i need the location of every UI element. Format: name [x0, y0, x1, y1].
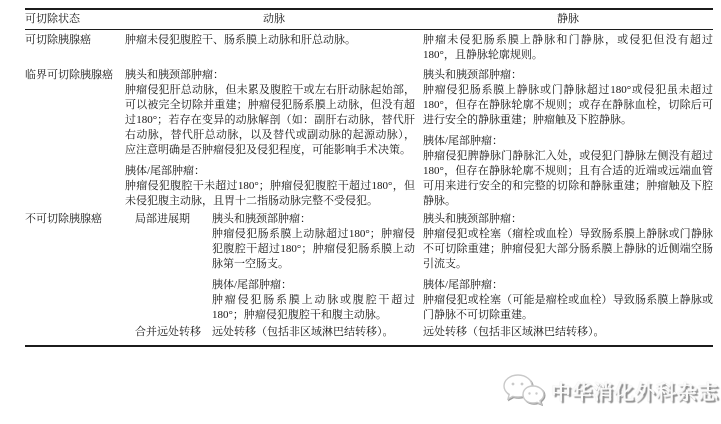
status-label-unresectable: 不可切除胰腺癌	[25, 212, 125, 323]
body-tail-heading: 胰体/尾部肿瘤：	[125, 164, 415, 179]
table-row-unresectable-locally-advanced: 不可切除胰腺癌 局部进展期 胰头和胰颈部肿瘤： 肿瘤侵犯肠系膜上动脉超过180°…	[25, 212, 713, 323]
borderline-vein-head-neck-text: 肿瘤侵犯肠系膜上静脉或门静脉超过180°或侵犯虽未超过180°，但存在静脉轮廓不…	[423, 83, 713, 128]
journal-watermark: 中华消化外科杂志	[501, 373, 719, 407]
unresectable-artery-body-tail-block: 胰体/尾部肿瘤： 肿瘤侵犯肠系膜上动脉或腹腔干超过180°；肿瘤侵犯腹腔干和腹主…	[212, 278, 415, 323]
borderline-artery-body-tail-block: 胰体/尾部肿瘤： 肿瘤侵犯腹腔干未超过180°；肿瘤侵犯腹腔干超过180°，但未…	[125, 164, 415, 209]
status-label-resectable: 可切除胰腺癌	[25, 33, 125, 63]
journal-logo-icon	[501, 373, 545, 407]
sublabel-metastatic: 合并远处转移	[125, 325, 212, 340]
metastatic-vein-cell: 远处转移（包括非区域淋巴结转移）。	[423, 325, 713, 340]
journal-name: 中华消化外科杂志	[551, 376, 719, 405]
resectability-table: 可切除状态 动脉 静脉 可切除胰腺癌 肿瘤未侵犯腹腔干、肠系膜上动脉和肝总动脉。…	[25, 8, 713, 347]
body-tail-heading: 胰体/尾部肿瘤：	[212, 278, 415, 293]
borderline-artery-head-neck-text: 肿瘤侵犯肝总动脉，但未累及腹腔干或左右肝动脉起始部，可以被完全切除并重建；肿瘤侵…	[125, 83, 415, 158]
column-header-status: 可切除状态	[25, 12, 125, 27]
unresectable-vein-body-tail-text: 肿瘤侵犯或栓塞（可能是瘤栓或血栓）导致肠系膜上静脉或门静脉不可切除重建。	[423, 293, 713, 323]
table-row-resectable: 可切除胰腺癌 肿瘤未侵犯腹腔干、肠系膜上动脉和肝总动脉。 肿瘤未侵犯肠系膜上静脉…	[25, 30, 713, 63]
column-header-vein: 静脉	[423, 12, 713, 27]
borderline-artery-head-neck-block: 胰头和胰颈部肿瘤： 肿瘤侵犯肝总动脉，但未累及腹腔干或左右肝动脉起始部，可以被完…	[125, 68, 415, 158]
metastatic-artery-cell: 远处转移（包括非区域淋巴结转移）。	[212, 325, 423, 340]
borderline-artery-cell: 胰头和胰颈部肿瘤： 肿瘤侵犯肝总动脉，但未累及腹腔干或左右肝动脉起始部，可以被完…	[125, 68, 423, 209]
resectable-artery-cell: 肿瘤未侵犯腹腔干、肠系膜上动脉和肝总动脉。	[125, 33, 423, 63]
unresectable-vein-body-tail-block: 胰体/尾部肿瘤： 肿瘤侵犯或栓塞（可能是瘤栓或血栓）导致肠系膜上静脉或门静脉不可…	[423, 278, 713, 323]
unresectable-artery-head-neck-block: 胰头和胰颈部肿瘤： 肿瘤侵犯肠系膜上动脉超过180°；肿瘤侵犯腹腔干超过180°…	[212, 212, 415, 272]
resectable-vein-cell: 肿瘤未侵犯肠系膜上静脉和门静脉，或侵犯但没有超过180°，且静脉轮廓规则。	[423, 33, 713, 63]
sublabel-locally-advanced: 局部进展期	[125, 212, 212, 323]
borderline-vein-head-neck-block: 胰头和胰颈部肿瘤： 肿瘤侵犯肠系膜上静脉或门静脉超过180°或侵犯虽未超过180…	[423, 68, 713, 128]
head-neck-heading: 胰头和胰颈部肿瘤：	[125, 68, 415, 83]
unresectable-artery-body-tail-text: 肿瘤侵犯肠系膜上动脉或腹腔干超过180°；肿瘤侵犯腹腔干和腹主动脉。	[212, 293, 415, 323]
column-header-artery: 动脉	[125, 12, 423, 27]
borderline-vein-cell: 胰头和胰颈部肿瘤： 肿瘤侵犯肠系膜上静脉或门静脉超过180°或侵犯虽未超过180…	[423, 68, 713, 209]
status-label-spacer	[25, 325, 125, 340]
borderline-vein-body-tail-block: 胰体/尾部肿瘤： 肿瘤侵犯脾静脉门静脉汇入处，或侵犯门静脉左侧没有超过180°，…	[423, 134, 713, 209]
table-row-borderline: 临界可切除胰腺癌 胰头和胰颈部肿瘤： 肿瘤侵犯肝总动脉，但未累及腹腔干或左右肝动…	[25, 68, 713, 209]
unresectable-vein-head-neck-block: 胰头和胰颈部肿瘤： 肿瘤侵犯或栓塞（瘤栓或血栓）导致肠系膜上静脉或门静脉不可切除…	[423, 212, 713, 272]
head-neck-heading: 胰头和胰颈部肿瘤：	[423, 68, 713, 83]
unresectable-vein-cell: 胰头和胰颈部肿瘤： 肿瘤侵犯或栓塞（瘤栓或血栓）导致肠系膜上静脉或门静脉不可切除…	[423, 212, 713, 323]
status-label-borderline: 临界可切除胰腺癌	[25, 68, 125, 209]
borderline-vein-body-tail-text: 肿瘤侵犯脾静脉门静脉汇入处，或侵犯门静脉左侧没有超过180°，但存在静脉轮廓不规…	[423, 149, 713, 209]
table-header-row: 可切除状态 动脉 静脉	[25, 10, 713, 29]
page: { "table": { "header": { "status": "可切除状…	[0, 0, 721, 424]
head-neck-heading: 胰头和胰颈部肿瘤：	[212, 212, 415, 227]
body-tail-heading: 胰体/尾部肿瘤：	[423, 278, 713, 293]
table-bottom-rule	[25, 345, 713, 347]
table-row-unresectable-metastatic: 合并远处转移 远处转移（包括非区域淋巴结转移）。 远处转移（包括非区域淋巴结转移…	[25, 325, 713, 343]
borderline-artery-body-tail-text: 肿瘤侵犯腹腔干未超过180°；肿瘤侵犯腹腔干超过180°，但未侵犯腹主动脉，且胃…	[125, 179, 415, 209]
head-neck-heading: 胰头和胰颈部肿瘤：	[423, 212, 713, 227]
body-tail-heading: 胰体/尾部肿瘤：	[423, 134, 713, 149]
unresectable-artery-head-neck-text: 肿瘤侵犯肠系膜上动脉超过180°；肿瘤侵犯腹腔干超过180°；肿瘤侵犯肠系膜上动…	[212, 227, 415, 272]
unresectable-vein-head-neck-text: 肿瘤侵犯或栓塞（瘤栓或血栓）导致肠系膜上静脉或门静脉不可切除重建；肿瘤侵犯大部分…	[423, 227, 713, 272]
unresectable-artery-cell: 胰头和胰颈部肿瘤： 肿瘤侵犯肠系膜上动脉超过180°；肿瘤侵犯腹腔干超过180°…	[212, 212, 423, 323]
